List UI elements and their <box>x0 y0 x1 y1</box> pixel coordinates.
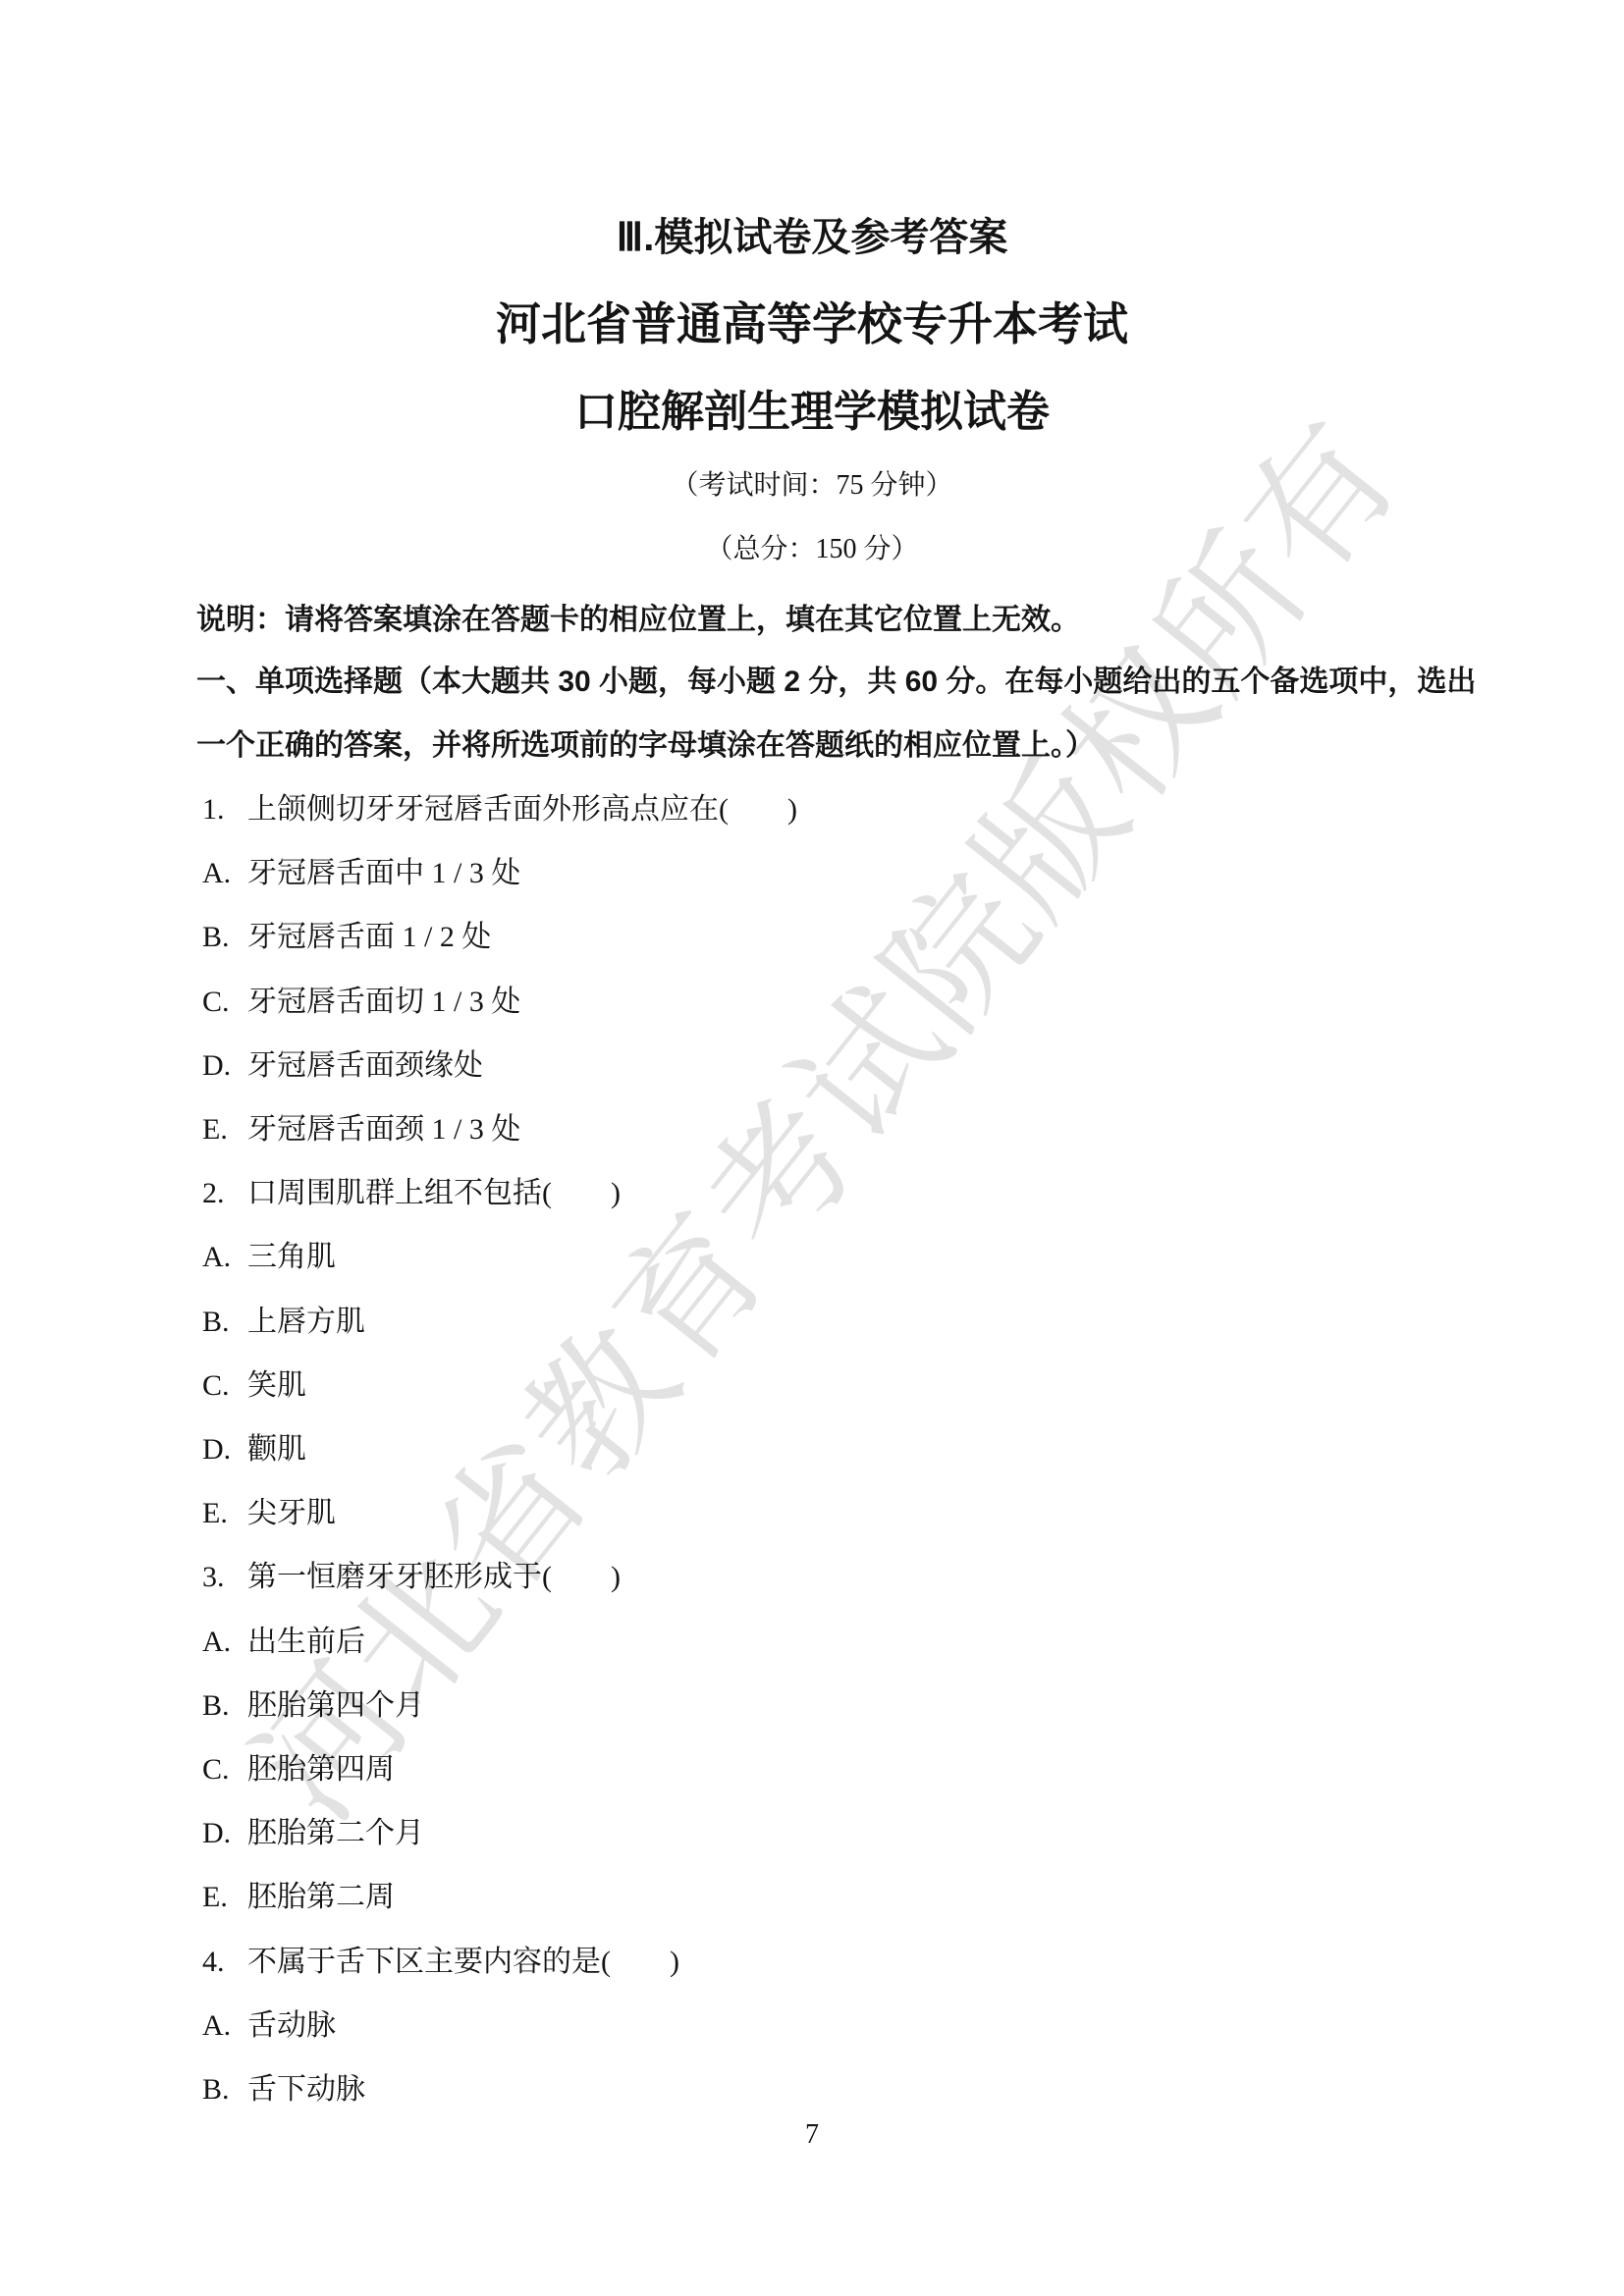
question-3-option-d: D.胚胎第二个月 <box>202 1814 424 1853</box>
option-text: 笑肌 <box>247 1369 306 1402</box>
option-label: C. <box>202 1750 236 1789</box>
option-text: 牙冠唇舌面中 1 / 3 处 <box>247 857 520 889</box>
question-1-option-d: D.牙冠唇舌面颈缘处 <box>202 1046 483 1086</box>
question-4-stem: 4.不属于舌下区主要内容的是( ) <box>202 1943 679 1982</box>
option-text: 舌动脉 <box>247 2009 336 2042</box>
section-heading-line2: 一个正确的答案，并将所选项前的字母填涂在答题纸的相应位置上。） <box>196 726 1095 766</box>
option-label: D. <box>202 1814 236 1853</box>
question-1-stem: 1.上颌侧切牙牙冠唇舌面外形高点应在( ) <box>202 790 797 829</box>
option-text: 三角肌 <box>247 1241 336 1273</box>
question-4-option-b: B.舌下动脉 <box>202 2070 365 2109</box>
paper-title: 口腔解剖生理学模拟试卷 <box>0 387 1624 438</box>
option-label: E. <box>202 1878 236 1917</box>
option-text: 胚胎第四周 <box>247 1753 395 1786</box>
question-1-number: 1. <box>202 790 236 829</box>
option-text: 上唇方肌 <box>247 1306 365 1338</box>
question-3-text: 第一恒磨牙牙胚形成于( ) <box>247 1561 621 1593</box>
option-text: 出生前后 <box>247 1626 365 1658</box>
option-text: 颧肌 <box>247 1433 306 1466</box>
option-label: D. <box>202 1046 236 1086</box>
question-2-stem: 2.口周围肌群上组不包括( ) <box>202 1174 621 1213</box>
exam-name: 河北省普通高等学校专升本考试 <box>0 297 1624 350</box>
question-2-option-b: B.上唇方肌 <box>202 1303 365 1342</box>
option-text: 尖牙肌 <box>247 1497 336 1529</box>
question-1-option-c: C.牙冠唇舌面切 1 / 3 处 <box>202 983 520 1022</box>
answer-sheet-notice: 说明：请将答案填涂在答题卡的相应位置上，填在其它位置上无效。 <box>196 601 1080 640</box>
page-number: 7 <box>0 2117 1624 2153</box>
option-label: C. <box>202 1366 236 1406</box>
question-2-option-c: C.笑肌 <box>202 1366 306 1406</box>
section-heading-line1: 一、单项选择题（本大题共 30 小题，每小题 2 分，共 60 分。在每小题给出… <box>196 663 1476 702</box>
option-text: 牙冠唇舌面颈缘处 <box>247 1049 483 1082</box>
option-label: B. <box>202 1303 236 1342</box>
question-1-option-e: E.牙冠唇舌面颈 1 / 3 处 <box>202 1110 520 1149</box>
option-label: B. <box>202 2070 236 2109</box>
question-3-option-a: A.出生前后 <box>202 1623 365 1662</box>
option-label: A. <box>202 1623 236 1662</box>
option-label: A. <box>202 1238 236 1277</box>
option-label: D. <box>202 1430 236 1469</box>
section-title: Ⅲ.模拟试卷及参考答案 <box>0 213 1624 262</box>
question-4-option-a: A.舌动脉 <box>202 2006 336 2046</box>
question-3-option-c: C.胚胎第四周 <box>202 1750 395 1789</box>
question-2-option-d: D.颧肌 <box>202 1430 306 1469</box>
question-3-stem: 3.第一恒磨牙牙胚形成于( ) <box>202 1558 621 1597</box>
option-label: B. <box>202 918 236 957</box>
question-4-number: 4. <box>202 1943 236 1982</box>
option-label: B. <box>202 1686 236 1726</box>
question-1-text: 上颌侧切牙牙冠唇舌面外形高点应在( ) <box>247 793 797 826</box>
question-3-number: 3. <box>202 1558 236 1597</box>
question-1-option-a: A.牙冠唇舌面中 1 / 3 处 <box>202 854 520 893</box>
question-2-option-a: A.三角肌 <box>202 1238 336 1277</box>
question-2-text: 口周围肌群上组不包括( ) <box>247 1177 621 1209</box>
page-content: Ⅲ.模拟试卷及参考答案 河北省普通高等学校专升本考试 口腔解剖生理学模拟试卷 （… <box>0 0 1624 2296</box>
question-2-option-e: E.尖牙肌 <box>202 1494 336 1533</box>
exam-duration-note: （考试时间：75 分钟） <box>0 468 1624 504</box>
option-label: C. <box>202 983 236 1022</box>
exam-paper-page: 河北省教育考试院版权所有 Ⅲ.模拟试卷及参考答案 河北省普通高等学校专升本考试 … <box>0 0 1624 2296</box>
option-label: E. <box>202 1110 236 1149</box>
option-text: 牙冠唇舌面 1 / 2 处 <box>247 921 491 953</box>
question-3-option-b: B.胚胎第四个月 <box>202 1686 424 1726</box>
option-text: 胚胎第二个月 <box>247 1817 424 1849</box>
option-text: 胚胎第二周 <box>247 1881 395 1913</box>
option-text: 胚胎第四个月 <box>247 1689 424 1722</box>
question-3-option-e: E.胚胎第二周 <box>202 1878 395 1917</box>
option-text: 牙冠唇舌面颈 1 / 3 处 <box>247 1113 520 1146</box>
option-label: E. <box>202 1494 236 1533</box>
option-label: A. <box>202 2006 236 2046</box>
question-4-text: 不属于舌下区主要内容的是( ) <box>247 1946 679 1978</box>
question-2-number: 2. <box>202 1174 236 1213</box>
total-score-note: （总分：150 分） <box>0 532 1624 567</box>
question-1-option-b: B.牙冠唇舌面 1 / 2 处 <box>202 918 491 957</box>
option-text: 牙冠唇舌面切 1 / 3 处 <box>247 986 520 1018</box>
option-label: A. <box>202 854 236 893</box>
option-text: 舌下动脉 <box>247 2073 365 2106</box>
